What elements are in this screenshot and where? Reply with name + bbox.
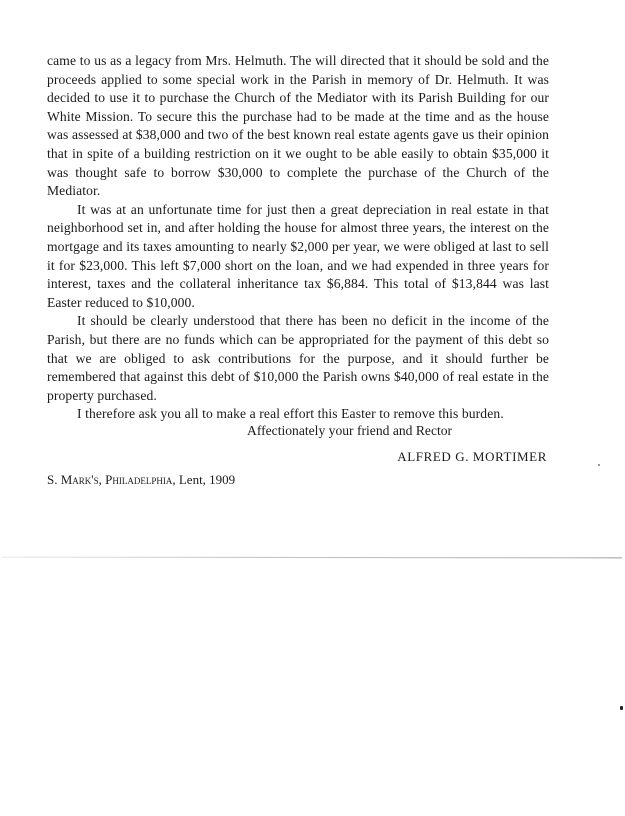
date: Lent, 1909 (179, 472, 235, 487)
letter-page: came to us as a legacy from Mrs. Helmuth… (47, 52, 549, 424)
scan-artifact-line (2, 557, 622, 559)
place: S. Mark's, Philadelphia, (47, 472, 176, 487)
signature: ALFRED G. MORTIMER (397, 449, 547, 465)
paragraph-debt-explanation: It should be clearly understood that the… (47, 312, 549, 405)
scan-speck (598, 464, 600, 466)
closing-salutation: Affectionately your friend and Rector (247, 422, 452, 441)
paragraph-legacy: came to us as a legacy from Mrs. Helmuth… (47, 52, 549, 201)
paragraph-depreciation: It was at an unfortunate time for just t… (47, 201, 549, 313)
scan-speck (620, 706, 623, 710)
place-date-line: S. Mark's, Philadelphia, Lent, 1909 (47, 472, 235, 488)
